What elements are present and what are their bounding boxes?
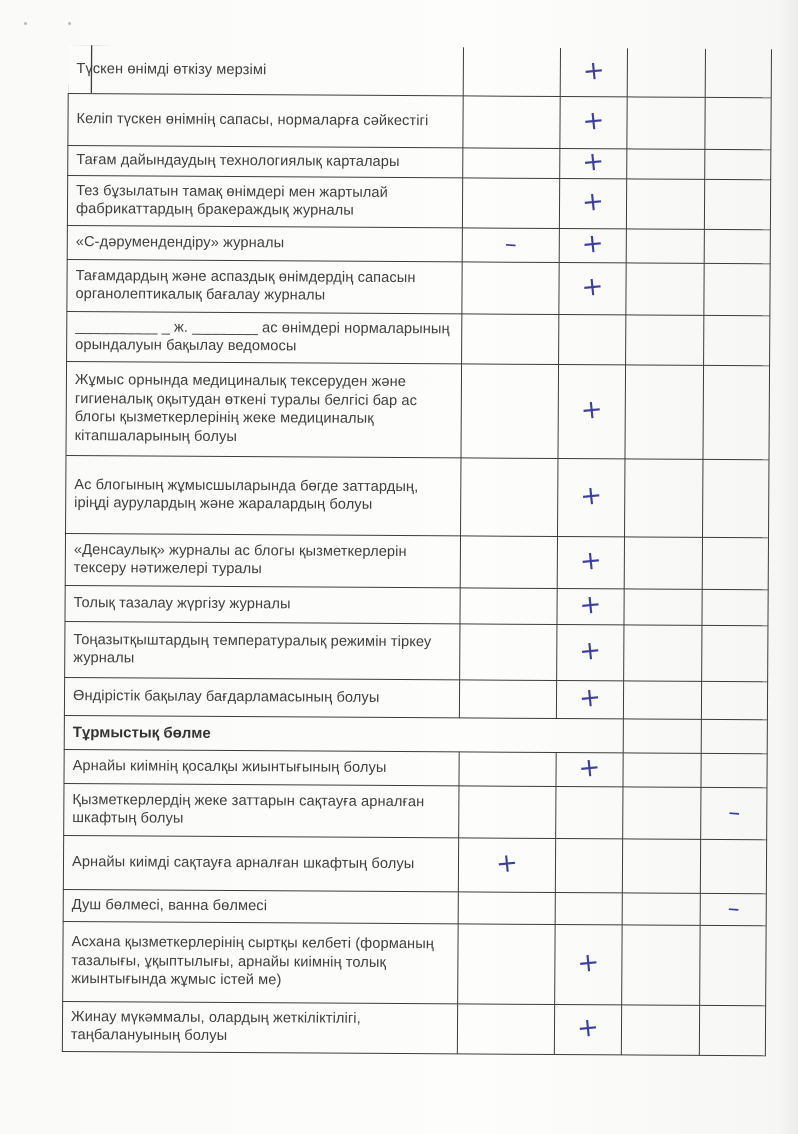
mark-cell bbox=[704, 179, 770, 229]
mark-cell bbox=[704, 315, 770, 365]
checklist-row: Ас блогының жұмысшыларында бөгде заттард… bbox=[66, 455, 769, 537]
mark-cell: – bbox=[462, 227, 559, 262]
mark-cell: + bbox=[559, 178, 626, 228]
mark-cell bbox=[463, 147, 560, 178]
checklist-row: Қызметкерлердің жеке заттарын сақтауға а… bbox=[64, 783, 767, 839]
mark-cell: + bbox=[559, 228, 626, 262]
checklist-row: Өндірістік бақылау бағдарламасының болуы… bbox=[64, 677, 767, 719]
mark-cell bbox=[460, 587, 557, 624]
mark-cell: + bbox=[556, 752, 623, 786]
plus-mark-icon: + bbox=[580, 398, 604, 422]
item-label: Жұмыс орнында медициналық тексеруден жән… bbox=[66, 361, 462, 457]
mark-cell bbox=[622, 838, 700, 892]
mark-cell bbox=[699, 1005, 765, 1055]
mark-cell bbox=[705, 97, 771, 149]
plus-mark-icon: + bbox=[582, 109, 606, 133]
checklist-row: Толық тазалау жүргізу журналы+ bbox=[65, 585, 768, 625]
checklist-row: Душ бөлмесі, ванна бөлмесі– bbox=[63, 889, 766, 925]
mark-cell bbox=[626, 178, 704, 228]
mark-cell: + bbox=[554, 1004, 621, 1054]
mark-cell bbox=[622, 924, 700, 1004]
item-label: Арнайы киімді сақтауға арналған шкафтың … bbox=[63, 835, 458, 891]
mark-cell bbox=[624, 624, 702, 680]
mark-cell: + bbox=[458, 837, 555, 892]
mark-cell bbox=[462, 261, 559, 314]
mark-cell bbox=[625, 458, 703, 536]
speck bbox=[68, 22, 71, 25]
checklist-row: «С-дәрумендендіру» журналы–+ bbox=[67, 225, 770, 263]
plus-mark-icon: + bbox=[581, 232, 605, 256]
mark-cell bbox=[623, 786, 701, 838]
scanned-page: Түскен өнімді өткізу мерзімі+Келіп түске… bbox=[0, 0, 798, 1134]
mark-cell bbox=[623, 718, 701, 752]
item-label: Тез бұзылатын тамақ өнімдері мен жартыла… bbox=[67, 175, 462, 227]
plus-mark-icon: + bbox=[581, 275, 605, 299]
mark-cell bbox=[461, 363, 559, 458]
mark-cell bbox=[555, 838, 622, 892]
checklist-row: Келіп түскен өнімнің сапасы, нормаларға … bbox=[68, 93, 771, 149]
mark-cell bbox=[704, 263, 770, 315]
mark-cell bbox=[462, 313, 559, 364]
checklist-row: Тез бұзылатын тамақ өнімдері мен жартыла… bbox=[67, 175, 770, 229]
mark-cell: – bbox=[700, 893, 766, 925]
checklist-row: Тағам дайындаудың технологиялық карталар… bbox=[68, 145, 771, 179]
mark-cell: + bbox=[558, 364, 626, 458]
checklist-body: Түскен өнімді өткізу мерзімі+Келіп түске… bbox=[62, 45, 771, 1055]
mark-cell bbox=[463, 95, 560, 148]
checklist-row: __________ _ ж. ________ ас өнімдері нор… bbox=[67, 311, 770, 365]
mark-cell: + bbox=[556, 680, 623, 718]
mark-cell bbox=[460, 623, 557, 680]
item-label: «Денсаулық» журналы ас блогы қызметкерле… bbox=[65, 533, 460, 587]
mark-cell bbox=[458, 923, 555, 1004]
item-label: Тағамдардың және аспаздық өнімдердің сап… bbox=[67, 259, 462, 313]
dash-mark-icon: – bbox=[727, 801, 741, 824]
mark-cell: – bbox=[701, 787, 767, 839]
mark-cell bbox=[624, 536, 702, 588]
mark-cell bbox=[700, 925, 766, 1005]
item-label: Түскен өнімді өткізу мерзімі bbox=[68, 45, 463, 95]
mark-cell bbox=[555, 892, 622, 924]
mark-cell bbox=[627, 48, 705, 96]
dash-mark-icon: – bbox=[726, 897, 740, 920]
item-label: Асхана қызметкерлерінің сыртқы келбеті (… bbox=[63, 921, 458, 1003]
mark-cell bbox=[626, 262, 704, 314]
checklist-row: «Денсаулық» журналы ас блогы қызметкерле… bbox=[65, 533, 768, 589]
plus-mark-icon: + bbox=[579, 549, 603, 573]
item-label: Ас блогының жұмысшыларында бөгде заттард… bbox=[66, 455, 461, 535]
mark-cell: + bbox=[557, 536, 624, 588]
checklist-row: Жұмыс орнында медициналық тексеруден жән… bbox=[66, 361, 770, 459]
mark-cell bbox=[703, 365, 770, 459]
mark-cell bbox=[623, 752, 701, 786]
mark-cell bbox=[703, 459, 769, 537]
section-title: Тұрмыстық бөлме bbox=[64, 715, 623, 752]
mark-cell bbox=[462, 177, 559, 228]
mark-cell: + bbox=[559, 262, 626, 314]
section-row: Тұрмыстық бөлме bbox=[64, 715, 767, 753]
mark-cell bbox=[701, 681, 767, 719]
mark-cell bbox=[461, 457, 558, 536]
speck bbox=[24, 22, 27, 25]
checklist-row: Тоңазытқыштардың температуралық режимін … bbox=[65, 621, 768, 681]
mark-cell bbox=[626, 228, 704, 262]
plus-mark-icon: + bbox=[581, 190, 605, 214]
page-edge bbox=[780, 0, 798, 1134]
item-label: Толық тазалау жүргізу журналы bbox=[65, 585, 460, 623]
item-label: Душ бөлмесі, ванна бөлмесі bbox=[63, 889, 458, 923]
plus-mark-icon: + bbox=[579, 484, 603, 508]
mark-cell bbox=[627, 96, 705, 148]
mark-cell: + bbox=[557, 624, 624, 680]
mark-cell bbox=[702, 537, 768, 589]
mark-cell bbox=[625, 364, 704, 458]
mark-cell bbox=[459, 751, 556, 786]
checklist-row: Арнайы киімді сақтауға арналған шкафтың … bbox=[63, 835, 766, 893]
checklist-row: Жинау мүкәммалы, олардың жеткіліктілігі,… bbox=[62, 1001, 765, 1055]
checklist-row: Асхана қызметкерлерінің сыртқы келбеті (… bbox=[63, 921, 766, 1005]
mark-cell bbox=[626, 314, 704, 364]
item-label: Тағам дайындаудың технологиялық карталар… bbox=[68, 145, 463, 177]
item-label: Қызметкерлердің жеке заттарын сақтауға а… bbox=[64, 783, 459, 837]
plus-mark-icon: + bbox=[576, 1016, 600, 1040]
mark-cell bbox=[701, 719, 767, 753]
plus-mark-icon: + bbox=[495, 852, 519, 876]
mark-cell bbox=[705, 49, 771, 97]
mark-cell: + bbox=[560, 48, 627, 96]
plus-mark-icon: + bbox=[579, 593, 603, 617]
mark-cell bbox=[559, 314, 626, 364]
plus-mark-icon: + bbox=[576, 951, 600, 975]
mark-cell bbox=[700, 839, 766, 893]
mark-cell: + bbox=[555, 924, 622, 1004]
mark-cell bbox=[457, 1003, 554, 1054]
checklist-row: Тағамдардың және аспаздық өнімдердің сап… bbox=[67, 259, 770, 315]
checklist-table: Түскен өнімді өткізу мерзімі+Келіп түске… bbox=[62, 45, 772, 1056]
dash-mark-icon: – bbox=[504, 232, 518, 255]
mark-cell: + bbox=[560, 148, 627, 178]
mark-cell bbox=[623, 680, 701, 718]
mark-cell bbox=[702, 625, 768, 681]
plus-mark-icon: + bbox=[578, 639, 602, 663]
checklist-row: Түскен өнімді өткізу мерзімі+ bbox=[68, 45, 771, 97]
item-label: Өндірістік бақылау бағдарламасының болуы bbox=[64, 677, 459, 717]
mark-cell bbox=[460, 535, 557, 588]
mark-cell: + bbox=[558, 458, 625, 536]
mark-cell bbox=[556, 786, 623, 838]
mark-cell bbox=[627, 148, 705, 178]
mark-cell bbox=[463, 47, 560, 96]
item-label: Арнайы киімнің қосалқы жиынтығының болуы bbox=[64, 749, 459, 785]
mark-cell bbox=[459, 785, 556, 838]
item-label: «С-дәрумендендіру» журналы bbox=[67, 225, 462, 261]
mark-cell: + bbox=[557, 588, 624, 624]
checklist-row: Арнайы киімнің қосалқы жиынтығының болуы… bbox=[64, 749, 767, 787]
mark-cell bbox=[701, 753, 767, 787]
mark-cell bbox=[621, 1004, 699, 1054]
item-label: __________ _ ж. ________ ас өнімдері нор… bbox=[67, 311, 462, 363]
plus-mark-icon: + bbox=[582, 59, 606, 83]
mark-cell bbox=[704, 229, 770, 263]
plus-mark-icon: + bbox=[581, 150, 605, 174]
mark-cell bbox=[702, 589, 768, 625]
mark-cell bbox=[624, 588, 702, 624]
mark-cell: + bbox=[560, 96, 627, 148]
item-label: Жинау мүкәммалы, олардың жеткіліктілігі,… bbox=[62, 1001, 457, 1053]
item-label: Тоңазытқыштардың температуралық режимін … bbox=[65, 621, 460, 679]
mark-cell bbox=[459, 679, 556, 718]
item-label: Келіп түскен өнімнің сапасы, нормаларға … bbox=[68, 93, 463, 147]
mark-cell bbox=[622, 892, 700, 924]
mark-cell bbox=[705, 149, 771, 179]
mark-cell bbox=[458, 891, 555, 924]
plus-mark-icon: + bbox=[578, 756, 602, 780]
plus-mark-icon: + bbox=[578, 686, 602, 710]
